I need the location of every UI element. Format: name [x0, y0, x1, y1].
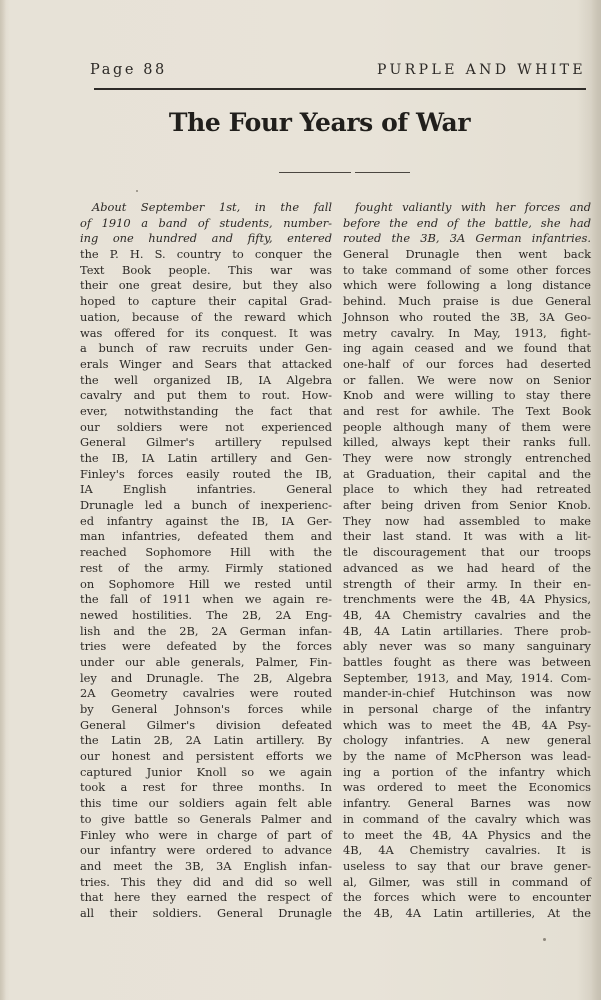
- text-line: and meet the 3B, 3A English infan-: [80, 859, 332, 875]
- text-line: IA English infantries. General: [80, 482, 332, 498]
- text-line: on Sophomore Hill we rested until: [80, 577, 332, 593]
- text-line: newed hostilities. The 2B, 2A Eng-: [80, 608, 332, 624]
- article-column-left: About September 1st, in the fallof 1910 …: [80, 200, 332, 922]
- text-line: infantry. General Barnes was now: [343, 796, 591, 812]
- text-line: 4B, 4A Latin artillaries. There prob-: [343, 624, 591, 640]
- text-line: and rest for awhile. The Text Book: [343, 404, 591, 420]
- text-line: to meet the 4B, 4A Physics and the: [343, 828, 591, 844]
- text-line: ing again ceased and we found that: [343, 341, 591, 357]
- text-line: took a rest for three months. In: [80, 780, 332, 796]
- running-header: Page 88 PURPLE AND WHITE: [90, 62, 586, 82]
- text-line: the P. H. S. country to conquer the: [80, 247, 332, 263]
- text-line: Finley's forces easily routed the IB,: [80, 467, 332, 483]
- text-line: the forces which were to encounter: [343, 890, 591, 906]
- text-line: all their soldiers. General Drunagle: [80, 906, 332, 922]
- paper-speck: [543, 938, 546, 941]
- text-line: the fall of 1911 when we again re-: [80, 592, 332, 608]
- page-gutter-shadow: [0, 0, 6, 1000]
- text-line: man infantries, defeated them and: [80, 529, 332, 545]
- text-line: the 4B, 4A Latin artilleries, At the: [343, 906, 591, 922]
- text-line: in command of the cavalry which was: [343, 812, 591, 828]
- text-line: Knob and were willing to stay there: [343, 388, 591, 404]
- text-line: people although many of them were: [343, 420, 591, 436]
- text-line: to give battle so Generals Palmer and: [80, 812, 332, 828]
- text-line: this time our soldiers again felt able: [80, 796, 332, 812]
- text-line: Johnson who routed the 3B, 3A Geo-: [343, 310, 591, 326]
- text-line: useless to say that our brave gener-: [343, 859, 591, 875]
- text-line: erals Winger and Sears that attacked: [80, 357, 332, 373]
- title-ornament-rule-left: [279, 172, 351, 173]
- text-line: hoped to capture their capital Grad-: [80, 294, 332, 310]
- text-line: place to which they had retreated: [343, 482, 591, 498]
- text-line: before the end of the battle, she had: [343, 216, 591, 232]
- text-line: under our able generals, Palmer, Fin-: [80, 655, 332, 671]
- text-line: one-half of our forces had deserted: [343, 357, 591, 373]
- text-line: metry cavalry. In May, 1913, fight-: [343, 326, 591, 342]
- text-line: the IB, IA Latin artillery and Gen-: [80, 451, 332, 467]
- text-line: ing one hundred and fifty, entered: [80, 231, 332, 247]
- text-line: by General Johnson's forces while: [80, 702, 332, 718]
- text-line: of 1910 a band of students, number-: [80, 216, 332, 232]
- header-rule: [94, 88, 586, 90]
- text-line: to take command of some other forces: [343, 263, 591, 279]
- text-line: or fallen. We were now on Senior: [343, 373, 591, 389]
- article-column-right: fought valiantly with her forces andbefo…: [343, 200, 591, 922]
- text-line: battles fought as there was between: [343, 655, 591, 671]
- text-line: was offered for its conquest. It was: [80, 326, 332, 342]
- text-line: our soldiers were not experienced: [80, 420, 332, 436]
- text-line: at Graduation, their capital and the: [343, 467, 591, 483]
- text-line: Finley who were in charge of part of: [80, 828, 332, 844]
- text-line: fought valiantly with her forces and: [343, 200, 591, 216]
- text-line: tries were defeated by the forces: [80, 639, 332, 655]
- text-line: Text Book people. This war was: [80, 263, 332, 279]
- article-title: The Four Years of War: [0, 108, 601, 137]
- text-line: al, Gilmer, was still in command of: [343, 875, 591, 891]
- page-edge-shadow: [591, 0, 601, 1000]
- text-line: General Gilmer's artillery repulsed: [80, 435, 332, 451]
- text-line: in personal charge of the infantry: [343, 702, 591, 718]
- text-line: ably never was so many sanguinary: [343, 639, 591, 655]
- text-line: uation, because of the reward which: [80, 310, 332, 326]
- text-line: that here they earned the respect of: [80, 890, 332, 906]
- text-line: strength of their army. In their en-: [343, 577, 591, 593]
- text-line: advanced as we had heard of the: [343, 561, 591, 577]
- text-line: their one great desire, but they also: [80, 278, 332, 294]
- page-number: Page 88: [90, 62, 167, 78]
- text-line: About September 1st, in the fall: [80, 200, 332, 216]
- scanned-page: Page 88 PURPLE AND WHITE The Four Years …: [0, 0, 601, 1000]
- text-line: rest of the army. Firmly stationed: [80, 561, 332, 577]
- text-line: their last stand. It was with a lit-: [343, 529, 591, 545]
- text-line: mander-in-chief Hutchinson was now: [343, 686, 591, 702]
- text-line: They were now strongly entrenched: [343, 451, 591, 467]
- text-line: September, 1913, and May, 1914. Com-: [343, 671, 591, 687]
- text-line: cavalry and put them to rout. How-: [80, 388, 332, 404]
- text-line: routed the 3B, 3A German infantries.: [343, 231, 591, 247]
- text-line: Drunagle led a bunch of inexperienc-: [80, 498, 332, 514]
- text-line: ing a portion of the infantry which: [343, 765, 591, 781]
- text-line: which were following a long distance: [343, 278, 591, 294]
- text-line: tries. This they did and did so well: [80, 875, 332, 891]
- text-line: ever, notwithstanding the fact that: [80, 404, 332, 420]
- text-line: 4B, 4A Chemistry cavalries and the: [343, 608, 591, 624]
- publication-name: PURPLE AND WHITE: [377, 62, 586, 78]
- text-line: after being driven from Senior Knob.: [343, 498, 591, 514]
- text-line: ley and Drunagle. The 2B, Algebra: [80, 671, 332, 687]
- title-ornament-rule-right: [355, 172, 410, 173]
- text-line: General Gilmer's division defeated: [80, 718, 332, 734]
- text-line: behind. Much praise is due General: [343, 294, 591, 310]
- text-line: They now had assembled to make: [343, 514, 591, 530]
- text-line: captured Junior Knoll so we again: [80, 765, 332, 781]
- text-line: killed, always kept their ranks full.: [343, 435, 591, 451]
- text-line: was ordered to meet the Economics: [343, 780, 591, 796]
- text-line: lish and the 2B, 2A German infan-: [80, 624, 332, 640]
- text-line: the Latin 2B, 2A Latin artillery. By: [80, 733, 332, 749]
- paper-speck: [136, 190, 138, 192]
- text-line: which was to meet the 4B, 4A Psy-: [343, 718, 591, 734]
- text-line: chology infantries. A new general: [343, 733, 591, 749]
- text-line: 2A Geometry cavalries were routed: [80, 686, 332, 702]
- text-line: trenchments were the 4B, 4A Physics,: [343, 592, 591, 608]
- text-line: ed infantry against the IB, IA Ger-: [80, 514, 332, 530]
- text-line: our honest and persistent efforts we: [80, 749, 332, 765]
- text-line: 4B, 4A Chemistry cavalries. It is: [343, 843, 591, 859]
- text-line: a bunch of raw recruits under Gen-: [80, 341, 332, 357]
- text-line: the well organized IB, IA Algebra: [80, 373, 332, 389]
- text-line: tle discouragement that our troops: [343, 545, 591, 561]
- text-line: by the name of McPherson was lead-: [343, 749, 591, 765]
- text-line: reached Sophomore Hill with the: [80, 545, 332, 561]
- text-line: our infantry were ordered to advance: [80, 843, 332, 859]
- text-line: General Drunagle then went back: [343, 247, 591, 263]
